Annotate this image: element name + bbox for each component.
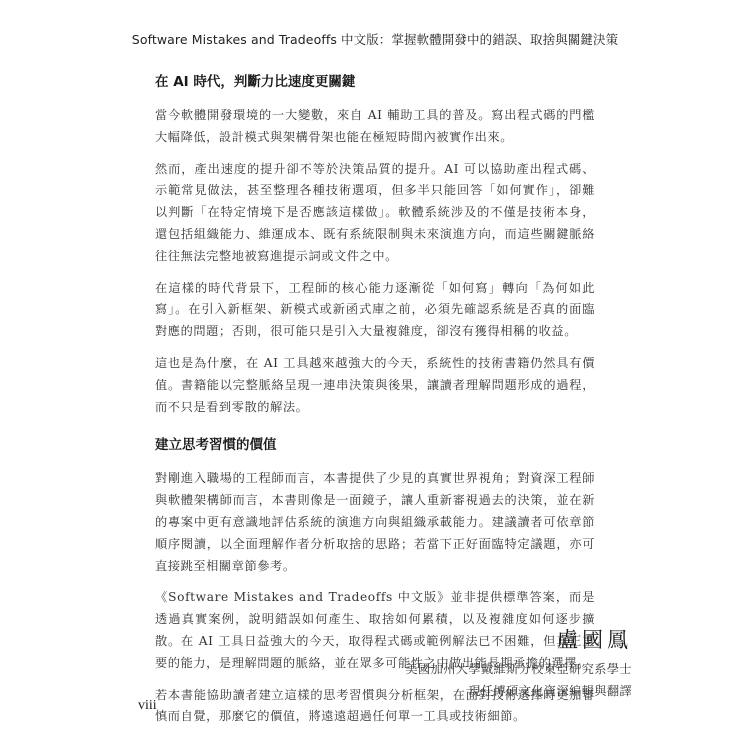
author-name: 盧國鳳 bbox=[405, 624, 632, 654]
paragraph: 這也是為什麼，在 AI 工具越來越強大的今天，系統性的技術書籍仍然具有價值。書籍… bbox=[155, 353, 595, 418]
section-title: 在 AI 時代，判斷力比速度更關鍵 bbox=[155, 73, 595, 91]
signature-block: 盧國鳳 美國加州大學戴維斯分校東亞研究系學士 現任博碩文化資深編輯與翻譯 bbox=[405, 624, 632, 702]
section-title: 建立思考習慣的價值 bbox=[155, 436, 595, 454]
paragraph: 當今軟體開發環境的一大變數，來自 AI 輔助工具的普及。寫出程式碼的門檻大幅降低… bbox=[155, 105, 595, 149]
page-number: viii bbox=[138, 698, 157, 714]
paragraph: 然而，產出速度的提升卻不等於決策品質的提升。AI 可以協助產出程式碼、示範常見做… bbox=[155, 159, 595, 268]
running-header: Software Mistakes and Tradeoffs 中文版：掌握軟體… bbox=[0, 30, 750, 48]
author-credential: 美國加州大學戴維斯分校東亞研究系學士 bbox=[405, 658, 632, 680]
paragraph: 對剛進入職場的工程師而言，本書提供了少見的真實世界視角；對資深工程師與軟體架構師… bbox=[155, 468, 595, 577]
author-credential: 現任博碩文化資深編輯與翻譯 bbox=[405, 680, 632, 702]
paragraph: 在這樣的時代背景下，工程師的核心能力逐漸從「如何寫」轉向「為何如此寫」。在引入新… bbox=[155, 278, 595, 343]
